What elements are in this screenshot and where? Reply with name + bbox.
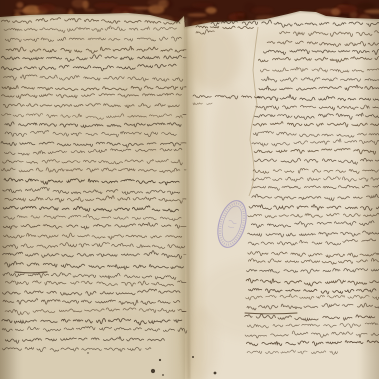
photo-vignette	[0, 0, 379, 379]
manuscript-scene	[0, 0, 379, 379]
manuscript-photo: Photograph of an open 17th-century Frenc…	[0, 0, 379, 379]
